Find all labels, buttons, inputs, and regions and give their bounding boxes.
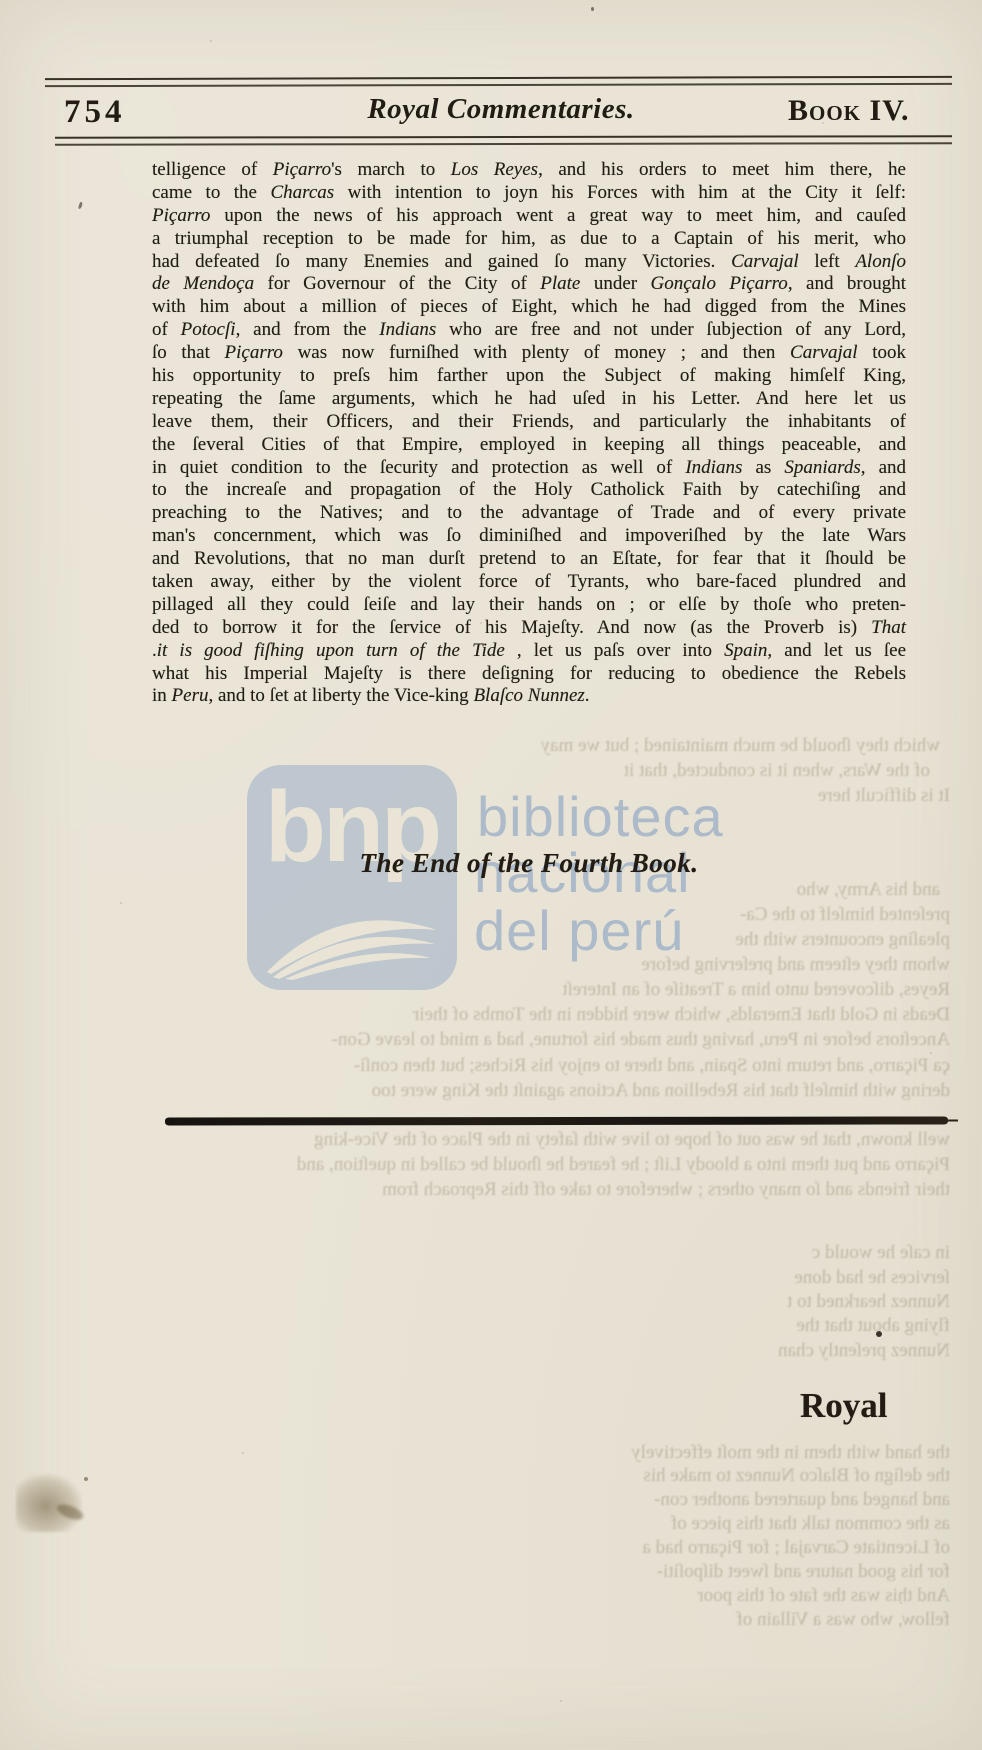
bleedthrough-line: the hand with them in the moſt effective… bbox=[390, 1443, 950, 1462]
bleedthrough-line: well known, that he was out of hope to l… bbox=[160, 1130, 950, 1149]
text-line: man's concernment, which was ſo diminiſh… bbox=[152, 525, 906, 548]
text-line: telligence of Piçarro's march to Los Rey… bbox=[152, 159, 906, 182]
bleedthrough-line: Reyes, diſcovered unto him a Treatiſe of… bbox=[480, 980, 950, 999]
text-line: the ſeveral Cities of that Empire, emplo… bbox=[152, 434, 906, 457]
book-page: which they ſhould be much maintained ; b… bbox=[0, 0, 982, 1750]
bleedthrough-line: and hanged and quartered another con- bbox=[420, 1490, 950, 1509]
text-line: had defeated ſo many Enemies and gained … bbox=[152, 251, 906, 274]
bleedthrough-line: which they ſhould be much maintained ; b… bbox=[420, 736, 940, 755]
text-line: a triumphal reception to be made for him… bbox=[152, 228, 906, 251]
bleedthrough-line: ſervices he had done bbox=[700, 1268, 950, 1287]
ink-speck bbox=[591, 7, 594, 11]
ink-blot bbox=[16, 1474, 82, 1532]
text-line: pillaged all they could ſeiſe and lay th… bbox=[152, 594, 906, 617]
catchword: Royal bbox=[800, 1386, 888, 1426]
bleedthrough-line: Anceſtors before in Peru, having thus ma… bbox=[160, 1030, 950, 1049]
bleedthrough-line: fellow, who was a Villain of bbox=[420, 1610, 950, 1629]
ink-speck bbox=[876, 1331, 882, 1337]
running-title: Royal Commentaries. bbox=[291, 93, 711, 126]
text-line: what his Imperial Majeſty is there deſig… bbox=[152, 663, 906, 686]
ink-speck bbox=[78, 202, 83, 210]
text-line: preaching to the Natives; and to the adv… bbox=[152, 502, 906, 525]
bleedthrough-line: ça Piçarro, and return into Spain, and t… bbox=[160, 1056, 950, 1075]
bleedthrough-line: And this was the fate of this poor bbox=[420, 1586, 950, 1605]
bleedthrough-line: preſented himſelf to the Ca- bbox=[600, 905, 950, 924]
bleedthrough-line: as the common talk that this piece of bbox=[420, 1514, 950, 1533]
watermark-word-del-peru: del perú bbox=[474, 903, 684, 959]
text-line: leave them, their Officers, and their Fr… bbox=[152, 411, 906, 434]
text-line: de Mendoça for Governour of the City of … bbox=[152, 273, 906, 296]
header-rule-top bbox=[45, 76, 952, 87]
bleedthrough-line: and his Army, who bbox=[640, 880, 940, 899]
text-line: taken away, either by the violent force … bbox=[152, 571, 906, 594]
bleedthrough-line: pleaſing encounters with the bbox=[560, 930, 950, 949]
bleedthrough-line: of the Wars, when it is conducted, that … bbox=[430, 761, 930, 780]
book-swoosh-icon bbox=[259, 880, 445, 980]
bleedthrough-line: Nunnez preſently chan bbox=[700, 1341, 950, 1360]
bleedthrough-line: in caſe he would c bbox=[700, 1243, 950, 1262]
watermark-word-biblioteca: biblioteca bbox=[477, 789, 724, 845]
text-line: and Revolutions, that no man durſt prete… bbox=[152, 548, 906, 571]
text-line: in Peru, and to ſet at liberty the Vice-… bbox=[152, 685, 906, 708]
text-line: Piçarro upon the news of his approach we… bbox=[152, 205, 906, 228]
bleedthrough-line: Nunnez hearkned to t bbox=[700, 1292, 950, 1311]
text-line: ded to borrow it for the ſervice of his … bbox=[152, 617, 906, 640]
bleedthrough-line: Deads in Gold that Emeralds, which were … bbox=[300, 1005, 950, 1024]
bleedthrough-line: of Licentiate Carvajal ; for Piçarro had… bbox=[420, 1538, 950, 1557]
bleedthrough-line: the deſign of Blaſco Nunnez to make his bbox=[420, 1466, 950, 1485]
ink-speck bbox=[84, 1477, 88, 1481]
end-of-book-note: The End of the Fourth Book. bbox=[152, 848, 906, 879]
text-line: .it is good fiſhing upon turn of the Tid… bbox=[152, 640, 906, 663]
bleedthrough-line: It is difficult here bbox=[620, 786, 950, 805]
text-line: to the increaſe and propagation of the H… bbox=[152, 479, 906, 502]
text-line: of Potocſi, and from the Indians who are… bbox=[152, 319, 906, 342]
bleedthrough-line: dering with himſelf that his Rebellion a… bbox=[160, 1081, 950, 1100]
text-line: repeating the ſame arguments, which he h… bbox=[152, 388, 906, 411]
page-number: 754 bbox=[64, 94, 126, 131]
text-line: in quiet condition to the ſecurity and p… bbox=[152, 457, 906, 480]
text-line: with him about a million of pieces of Ei… bbox=[152, 296, 906, 319]
body-text: telligence of Piçarro's march to Los Rey… bbox=[152, 159, 906, 708]
book-label: Book IV. bbox=[788, 94, 910, 128]
bleedthrough-line: Piçarro and put them into a bloody Liſt … bbox=[160, 1155, 950, 1174]
bleedthrough-line: whom they eſteem and preſerving before bbox=[540, 955, 950, 974]
text-line: ſo that Piçarro was now furniſhed with p… bbox=[152, 342, 906, 365]
bleedthrough-line: their friends and ſo many others ; where… bbox=[160, 1180, 950, 1199]
header-rule-bottom bbox=[55, 135, 952, 146]
section-divider-rule bbox=[165, 1116, 948, 1125]
text-line: his opportunity to preſs him farther upo… bbox=[152, 365, 906, 388]
text-line: came to the Charcas with intention to jo… bbox=[152, 182, 906, 205]
bleedthrough-line: flying about that the bbox=[700, 1316, 950, 1335]
bleedthrough-line: for his good nature and ſweet diſpoſiti- bbox=[420, 1562, 950, 1581]
paper-dust-specks bbox=[0, 0, 2, 2]
